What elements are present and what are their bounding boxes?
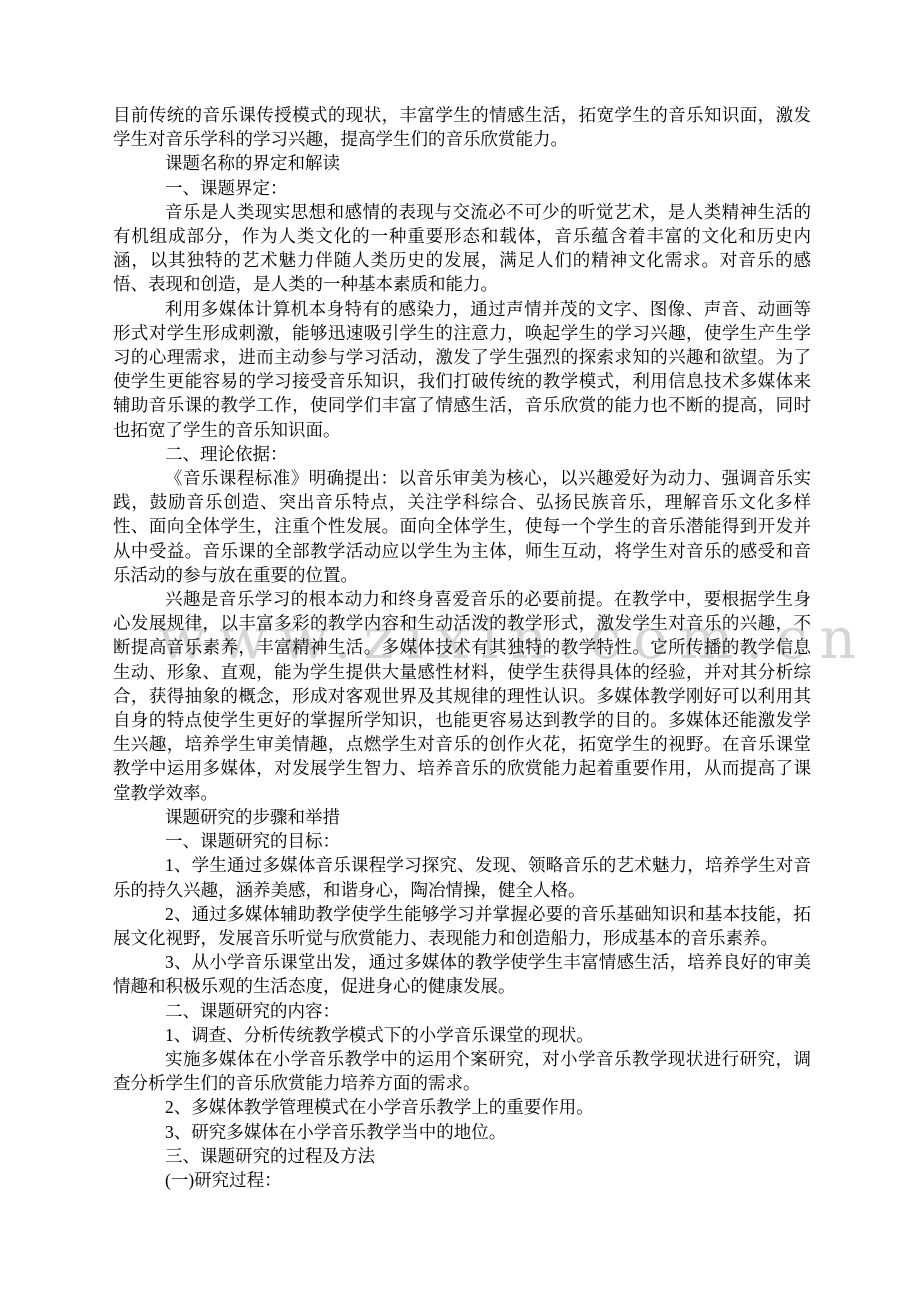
paragraph: 1、学生通过多媒体音乐课程学习探究、发现、领略音乐的艺术魅力，培养学生对音乐的持…: [113, 853, 811, 901]
paragraph: 音乐是人类现实思想和感情的表现与交流必不可少的听觉艺术，是人类精神生活的有机组成…: [113, 200, 811, 297]
document-content: 目前传统的音乐课传授模式的现状，丰富学生的情感生活，拓宽学生的音乐知识面，激发学…: [113, 103, 811, 1192]
paragraph: 3、研究多媒体在小学音乐教学当中的地位。: [113, 1120, 811, 1144]
paragraph: 一、课题界定：: [113, 176, 811, 200]
paragraph: (一)研究过程：: [113, 1168, 811, 1192]
paragraph: 三、课题研究的过程及方法: [113, 1144, 811, 1168]
paragraph: 2、通过多媒体辅助教学使学生能够学习并掌握必要的音乐基础知识和基本技能，拓展文化…: [113, 902, 811, 950]
paragraph: 目前传统的音乐课传授模式的现状，丰富学生的情感生活，拓宽学生的音乐知识面，激发学…: [113, 103, 811, 151]
paragraph: 课题名称的界定和解读: [113, 151, 811, 175]
paragraph: 兴趣是音乐学习的根本动力和终身喜爱音乐的必要前提。在教学中，要根据学生身心发展规…: [113, 587, 811, 805]
paragraph: 2、多媒体教学管理模式在小学音乐教学上的重要作用。: [113, 1095, 811, 1119]
paragraph: 实施多媒体在小学音乐教学中的运用个案研究，对小学音乐教学现状进行研究，调查分析学…: [113, 1047, 811, 1095]
paragraph: 二、理论依据：: [113, 442, 811, 466]
paragraph: 一、课题研究的目标：: [113, 829, 811, 853]
paragraph: 利用多媒体计算机本身特有的感染力，通过声情并茂的文字、图像、声音、动画等形式对学…: [113, 297, 811, 442]
paragraph: 《音乐课程标准》明确提出：以音乐审美为核心，以兴趣爱好为动力、强调音乐实践，鼓励…: [113, 466, 811, 587]
paragraph: 二、课题研究的内容：: [113, 999, 811, 1023]
paragraph: 3、从小学音乐课堂出发，通过多媒体的教学使学生丰富情感生活，培养良好的审美情趣和…: [113, 950, 811, 998]
document-page: www.zixin.com.cn 目前传统的音乐课传授模式的现状，丰富学生的情感…: [0, 0, 920, 1302]
paragraph: 1、调查、分析传统教学模式下的小学音乐课堂的现状。: [113, 1023, 811, 1047]
paragraph: 课题研究的步骤和举措: [113, 805, 811, 829]
